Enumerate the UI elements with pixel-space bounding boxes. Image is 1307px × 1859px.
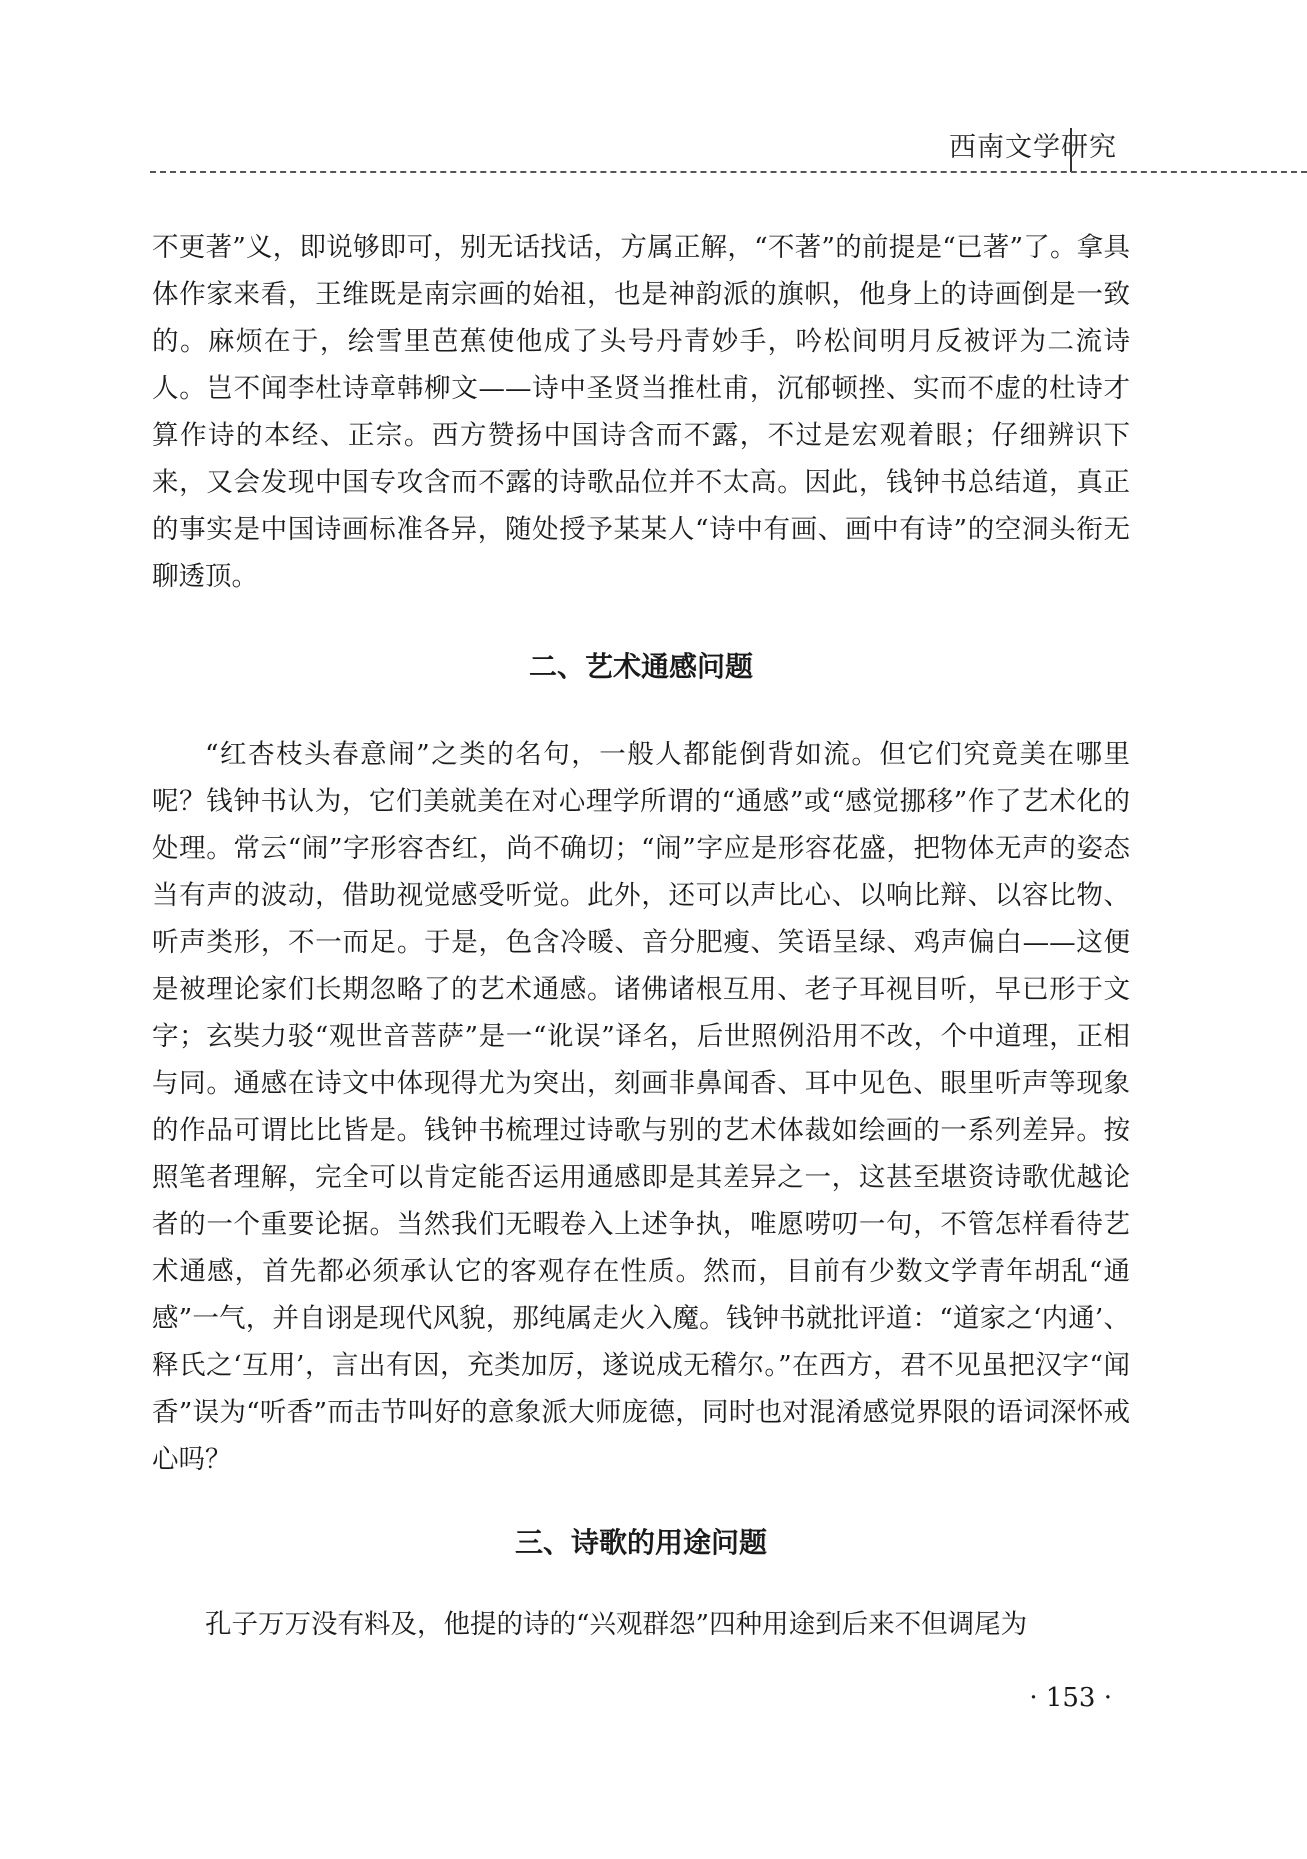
paragraph-continued: 不更著”义，即说够即可，别无话找话，方属正解，“不著”的前提是“已著”了。拿具体… — [152, 224, 1130, 600]
page-number: · 153 · — [1029, 1682, 1112, 1714]
header-vertical-rule — [1070, 128, 1072, 172]
article-body: 不更著”义，即说够即可，别无话找话，方属正解，“不著”的前提是“已著”了。拿具体… — [152, 224, 1130, 1648]
journal-title: 西南文学研究 — [949, 132, 1117, 164]
paragraph-synesthesia: “红杏枝头春意闹”之类的名句，一般人都能倒背如流。但它们究竟美在哪里呢？钱钟书认… — [152, 731, 1130, 1483]
running-header: 西南文学研究 — [0, 0, 1307, 175]
header-dashed-rule — [150, 171, 1307, 173]
section-heading-art-synesthesia: 二、艺术通感问题 — [152, 647, 1130, 687]
section-heading-poetry-use: 三、诗歌的用途问题 — [152, 1523, 1130, 1563]
paragraph-poetry-use: 孔子万万没有料及，他提的诗的“兴观群怨”四种用途到后来不但调尾为 — [152, 1601, 1130, 1648]
